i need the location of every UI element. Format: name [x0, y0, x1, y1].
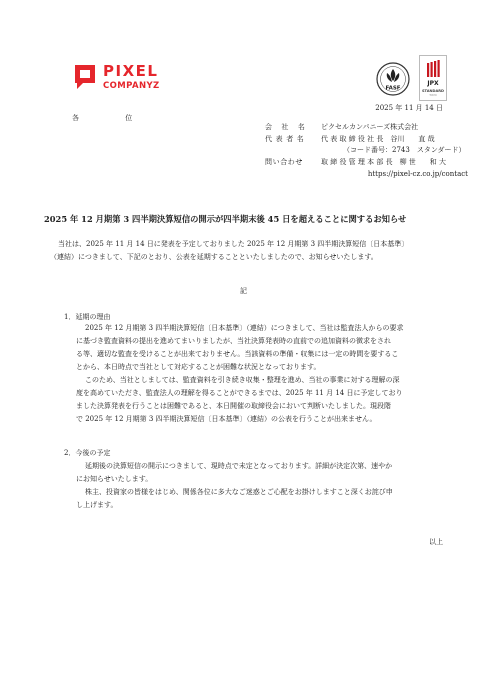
section-1-line: に基づき監査資料の提出を進めてまいりましたが、当社決算発表時の直前での追加資料の… [76, 335, 391, 348]
svg-text:JPX: JPX [426, 80, 439, 87]
logo-mark-icon [74, 64, 96, 90]
section-2-heading: 2．今後の予定 [64, 448, 110, 458]
section-1-line: 度を高めていただき、監査法人の理解を得ることができるまでは、2025 年 11 … [76, 387, 402, 400]
section-2-line: し上げます。 [76, 499, 117, 512]
info-label: 会 社 名 [265, 122, 321, 134]
fasf-badge-icon: FASF [376, 62, 410, 96]
section-1-heading: 1．延期の理由 [64, 312, 110, 322]
ki-marker: 記 [240, 286, 247, 296]
section-1-line: る等、適切な監査を受けることが出来ておりません。当該資料の準備・収集には一定の時… [76, 348, 398, 361]
info-label [265, 145, 321, 157]
logo-text-primary: PIXEL [103, 63, 158, 79]
securities-code: （コード番号：2743 スタンダード） [321, 145, 466, 157]
jpx-standard-badge: JPX STANDARD TOKYO [419, 55, 447, 101]
section-2-line: にお知らせいたします。 [76, 473, 152, 486]
info-row-representative: 代表者名 代 表 取 締 役 社 長 谷川 直 哉 [265, 134, 468, 146]
section-1-line: で 2025 年 12 月期第 3 四半期決算短信〔日本基準〕（連結）の公表を行… [76, 413, 376, 426]
section-1-line: ました決算発表を行うことは困難であると、本日開催の取締役会において判断いたしまし… [76, 400, 391, 413]
info-label: 問い合わせ [265, 157, 321, 169]
recipient: 各 位 [72, 114, 154, 123]
svg-text:FASF: FASF [385, 86, 400, 92]
info-row-company-name: 会 社 名 ピクセルカンパニーズ株式会社 [265, 122, 468, 134]
company-info-block: 会 社 名 ピクセルカンパニーズ株式会社 代表者名 代 表 取 締 役 社 長 … [265, 122, 468, 180]
intro-line-2: （連結）につきまして、下記のとおり、公表を延期することといたしましたので、お知ら… [50, 251, 378, 264]
info-row-contact: 問い合わせ 取 締 役 管 理 本 部 長 柳 世 和 大 [265, 157, 468, 169]
logo-text-secondary: COMPANYZ [103, 81, 160, 91]
contact-person: 取 締 役 管 理 本 部 長 柳 世 和 大 [321, 157, 446, 169]
section-1-line: とから、本日時点で当社として対応することが困難な状況となっております。 [76, 361, 320, 374]
representative: 代 表 取 締 役 社 長 谷川 直 哉 [321, 134, 435, 146]
contact-url-link[interactable]: https://pixel-cz.co.jp/contact [265, 168, 468, 180]
svg-text:STANDARD: STANDARD [422, 89, 444, 93]
document-title: 2025 年 12 月期第 3 四半期決算短信の開示が四半期末後 45 日を超え… [44, 213, 406, 225]
signoff: 以上 [429, 537, 443, 547]
intro-line-1: 当社は、2025 年 11 月 14 日に発表を予定しておりました 2025 年… [58, 238, 408, 251]
svg-text:TOKYO: TOKYO [429, 94, 437, 97]
document-date: 2025 年 11 月 14 日 [375, 104, 443, 113]
section-1-line: このため、当社としましては、監査資料を引き続き収集・整理を進め、当社の事業に対す… [85, 374, 399, 387]
jpx-logo-icon: JPX STANDARD TOKYO [420, 56, 446, 100]
section-1-line: 2025 年 12 月期第 3 四半期決算短信〔日本基準〕（連結）につきまして、… [85, 322, 404, 335]
info-row-code: （コード番号：2743 スタンダード） [265, 145, 468, 157]
section-2-line: 延期後の決算短信の開示につきまして、現時点で未定となっております。詳細が決定次第… [85, 460, 392, 473]
info-label: 代表者名 [265, 134, 321, 146]
section-2-line: 株主、投資家の皆様をはじめ、関係各位に多大なご迷惑とご心配をお掛けしますこと深く… [85, 486, 393, 499]
company-logo: PIXEL COMPANYZ [74, 64, 194, 92]
company-name: ピクセルカンパニーズ株式会社 [321, 122, 418, 134]
